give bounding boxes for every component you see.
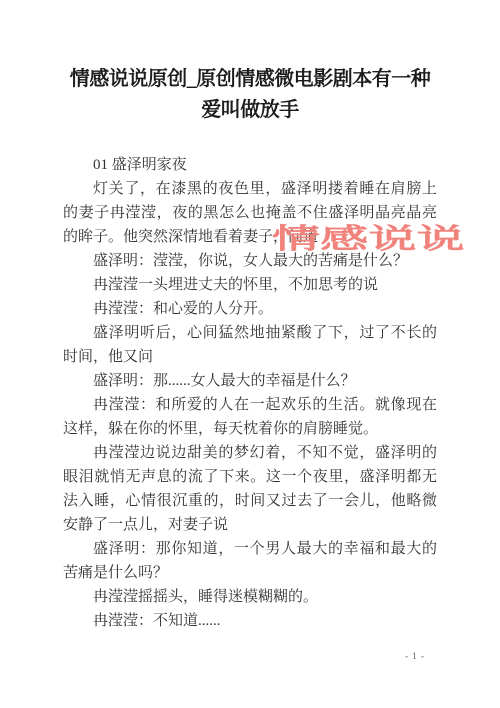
paragraph: 盛泽明听后，心间猛然地抽紧酸了下，过了不长的时间，他又问: [63, 321, 437, 369]
page-number: - 1 -: [399, 650, 431, 662]
document-page: 情感说说原创_原创情感微电影剧本有一种 爱叫做放手 01 盛泽明家夜 灯关了，在…: [0, 0, 500, 708]
paragraph: 盛泽明：那你知道，一个男人最大的幸福和最大的苦痛是什么吗？: [63, 537, 437, 585]
paragraph: 盛泽明：滢滢，你说，女人最大的苦痛是什么？: [63, 249, 437, 273]
paragraph-scene-heading: 01 盛泽明家夜: [63, 153, 437, 177]
paragraph: 冉滢滢：不知道......: [63, 609, 437, 633]
paragraph: 冉滢滢边说边甜美的梦幻着，不知不觉，盛泽明的眼泪就悄无声息的流了下来。这一个夜里…: [63, 441, 437, 537]
page-title-line-2: 爱叫做放手: [201, 99, 299, 121]
paragraph: 冉滢滢一头埋进丈夫的怀里，不加思考的说: [63, 273, 437, 297]
article-body: 01 盛泽明家夜 灯关了，在漆黑的夜色里，盛泽明搂着睡在肩膀上的妻子冉滢滢，夜的…: [63, 153, 437, 633]
paragraph: 冉滢滢：和所爱的人在一起欢乐的生活。就像现在这样，躲在你的怀里，每天枕着你的肩膀…: [63, 393, 437, 441]
paragraph: 冉滢滢摇摇头，睡得迷模糊糊的。: [63, 585, 437, 609]
paragraph: 盛泽明：那......女人最大的幸福是什么？: [63, 369, 437, 393]
page-title-line-1: 情感说说原创_原创情感微电影剧本有一种: [70, 68, 431, 90]
paragraph: 灯关了，在漆黑的夜色里，盛泽明搂着睡在肩膀上的妻子冉滢滢，夜的黑怎么也掩盖不住盛…: [63, 177, 437, 249]
page-title: 情感说说原创_原创情感微电影剧本有一种 爱叫做放手: [58, 64, 442, 126]
paragraph: 冉滢滢：和心爱的人分开。: [63, 297, 437, 321]
